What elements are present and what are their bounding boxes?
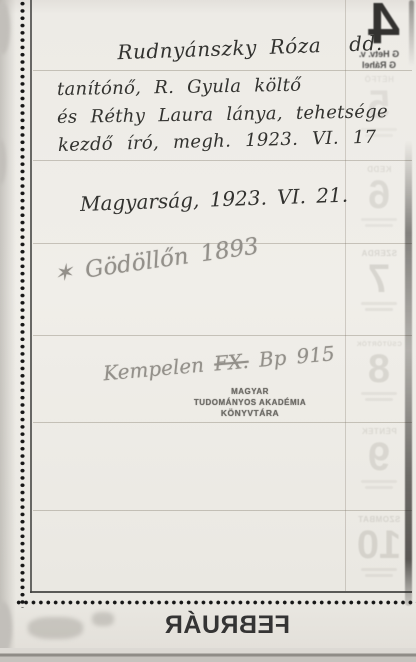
pencil-smudge bbox=[28, 617, 83, 639]
bleedthrough-month-name: FEBRUÁR bbox=[178, 611, 290, 640]
ornament-border-left bbox=[16, 0, 29, 608]
name-suffix: dd. bbox=[349, 31, 383, 56]
handwritten-bio-line-1: tanítónő, R. Gyula költő bbox=[57, 75, 302, 100]
bleedthrough-nameday-smudge bbox=[365, 398, 393, 401]
row-divider bbox=[33, 422, 412, 423]
scanned-card: 4 G Hetv. v. G Ráhel HÉTFŐ 5 KEDD 6 SZER… bbox=[0, 0, 416, 662]
library-stamp: MAGYAR TUDOMÁNYOS AKADÉMIA KÖNYVTÁRA bbox=[188, 386, 312, 419]
bleedthrough-nameday-smudge bbox=[365, 308, 393, 311]
row-divider bbox=[33, 160, 412, 161]
column-divider bbox=[345, 0, 346, 591]
bleedthrough-day-number: 7 bbox=[348, 259, 410, 299]
bleedthrough-nameday-smudge bbox=[365, 224, 393, 227]
bleedthrough-nameday-smudge bbox=[361, 568, 397, 571]
reference-struck-text: FX. bbox=[213, 349, 249, 376]
ornament-border-bottom bbox=[15, 597, 416, 608]
row-divider bbox=[33, 510, 412, 511]
reference-suffix: Bp 915 bbox=[247, 341, 335, 372]
bleedthrough-day-number: 10 bbox=[348, 525, 410, 565]
bleedthrough-nameday-smudge bbox=[361, 218, 397, 221]
bleedthrough-calendar-row: CSÜTÖRTÖK 8 bbox=[348, 338, 410, 422]
bleedthrough-nameday-smudge bbox=[365, 486, 393, 489]
bleedthrough-calendar-row: KEDD 6 bbox=[348, 162, 410, 246]
inner-border-line-vertical bbox=[30, 0, 32, 593]
bleedthrough-day-number: 8 bbox=[348, 349, 410, 389]
bleedthrough-calendar-row: SZOMBAT 10 bbox=[348, 512, 410, 596]
stamp-line-3: KÖNYVTÁRA bbox=[188, 408, 312, 419]
scan-bed-bottom-edge bbox=[0, 648, 416, 662]
bleedthrough-nameday-smudge bbox=[361, 480, 397, 483]
bleedthrough-calendar-row: SZERDA 7 bbox=[348, 246, 410, 330]
reference-text: Kempelen bbox=[102, 352, 215, 386]
card-subject-name: Rudnyánszky Róza bbox=[117, 33, 322, 64]
bleedthrough-day-number: 6 bbox=[348, 175, 410, 215]
paper-edge-shadow-right bbox=[405, 140, 412, 606]
bleedthrough-day-number: 9 bbox=[348, 437, 410, 477]
stamp-line-2: TUDOMÁNYOS AKADÉMIA bbox=[188, 397, 312, 408]
bleedthrough-calendar-row: PÉNTEK 9 bbox=[348, 424, 410, 508]
pencil-smudge bbox=[92, 612, 114, 626]
bleedthrough-nameday-smudge bbox=[365, 574, 393, 577]
bleedthrough-nameday-smudge bbox=[361, 302, 397, 305]
stamp-line-1: MAGYAR bbox=[188, 386, 312, 397]
paper-edge-shadow-right-top bbox=[409, 0, 414, 66]
paper-edge-shadow-left bbox=[0, 0, 16, 648]
bleedthrough-nameday-smudge bbox=[361, 392, 397, 395]
